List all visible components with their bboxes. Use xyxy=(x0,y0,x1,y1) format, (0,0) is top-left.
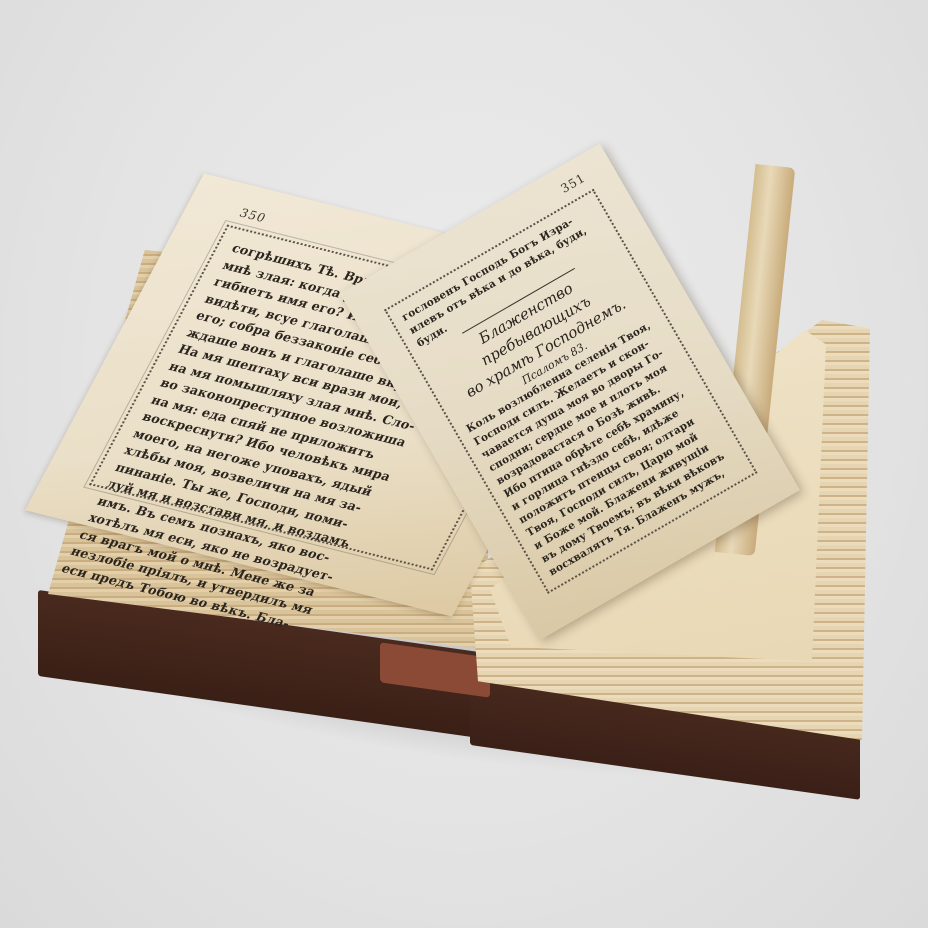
left-page-number: 350 xyxy=(237,206,269,225)
photo-scene: 350 согрѣшихъ Тѣ. Врази мои рѣша мнѣ зла… xyxy=(0,0,928,928)
right-page-number: 351 xyxy=(558,171,587,196)
